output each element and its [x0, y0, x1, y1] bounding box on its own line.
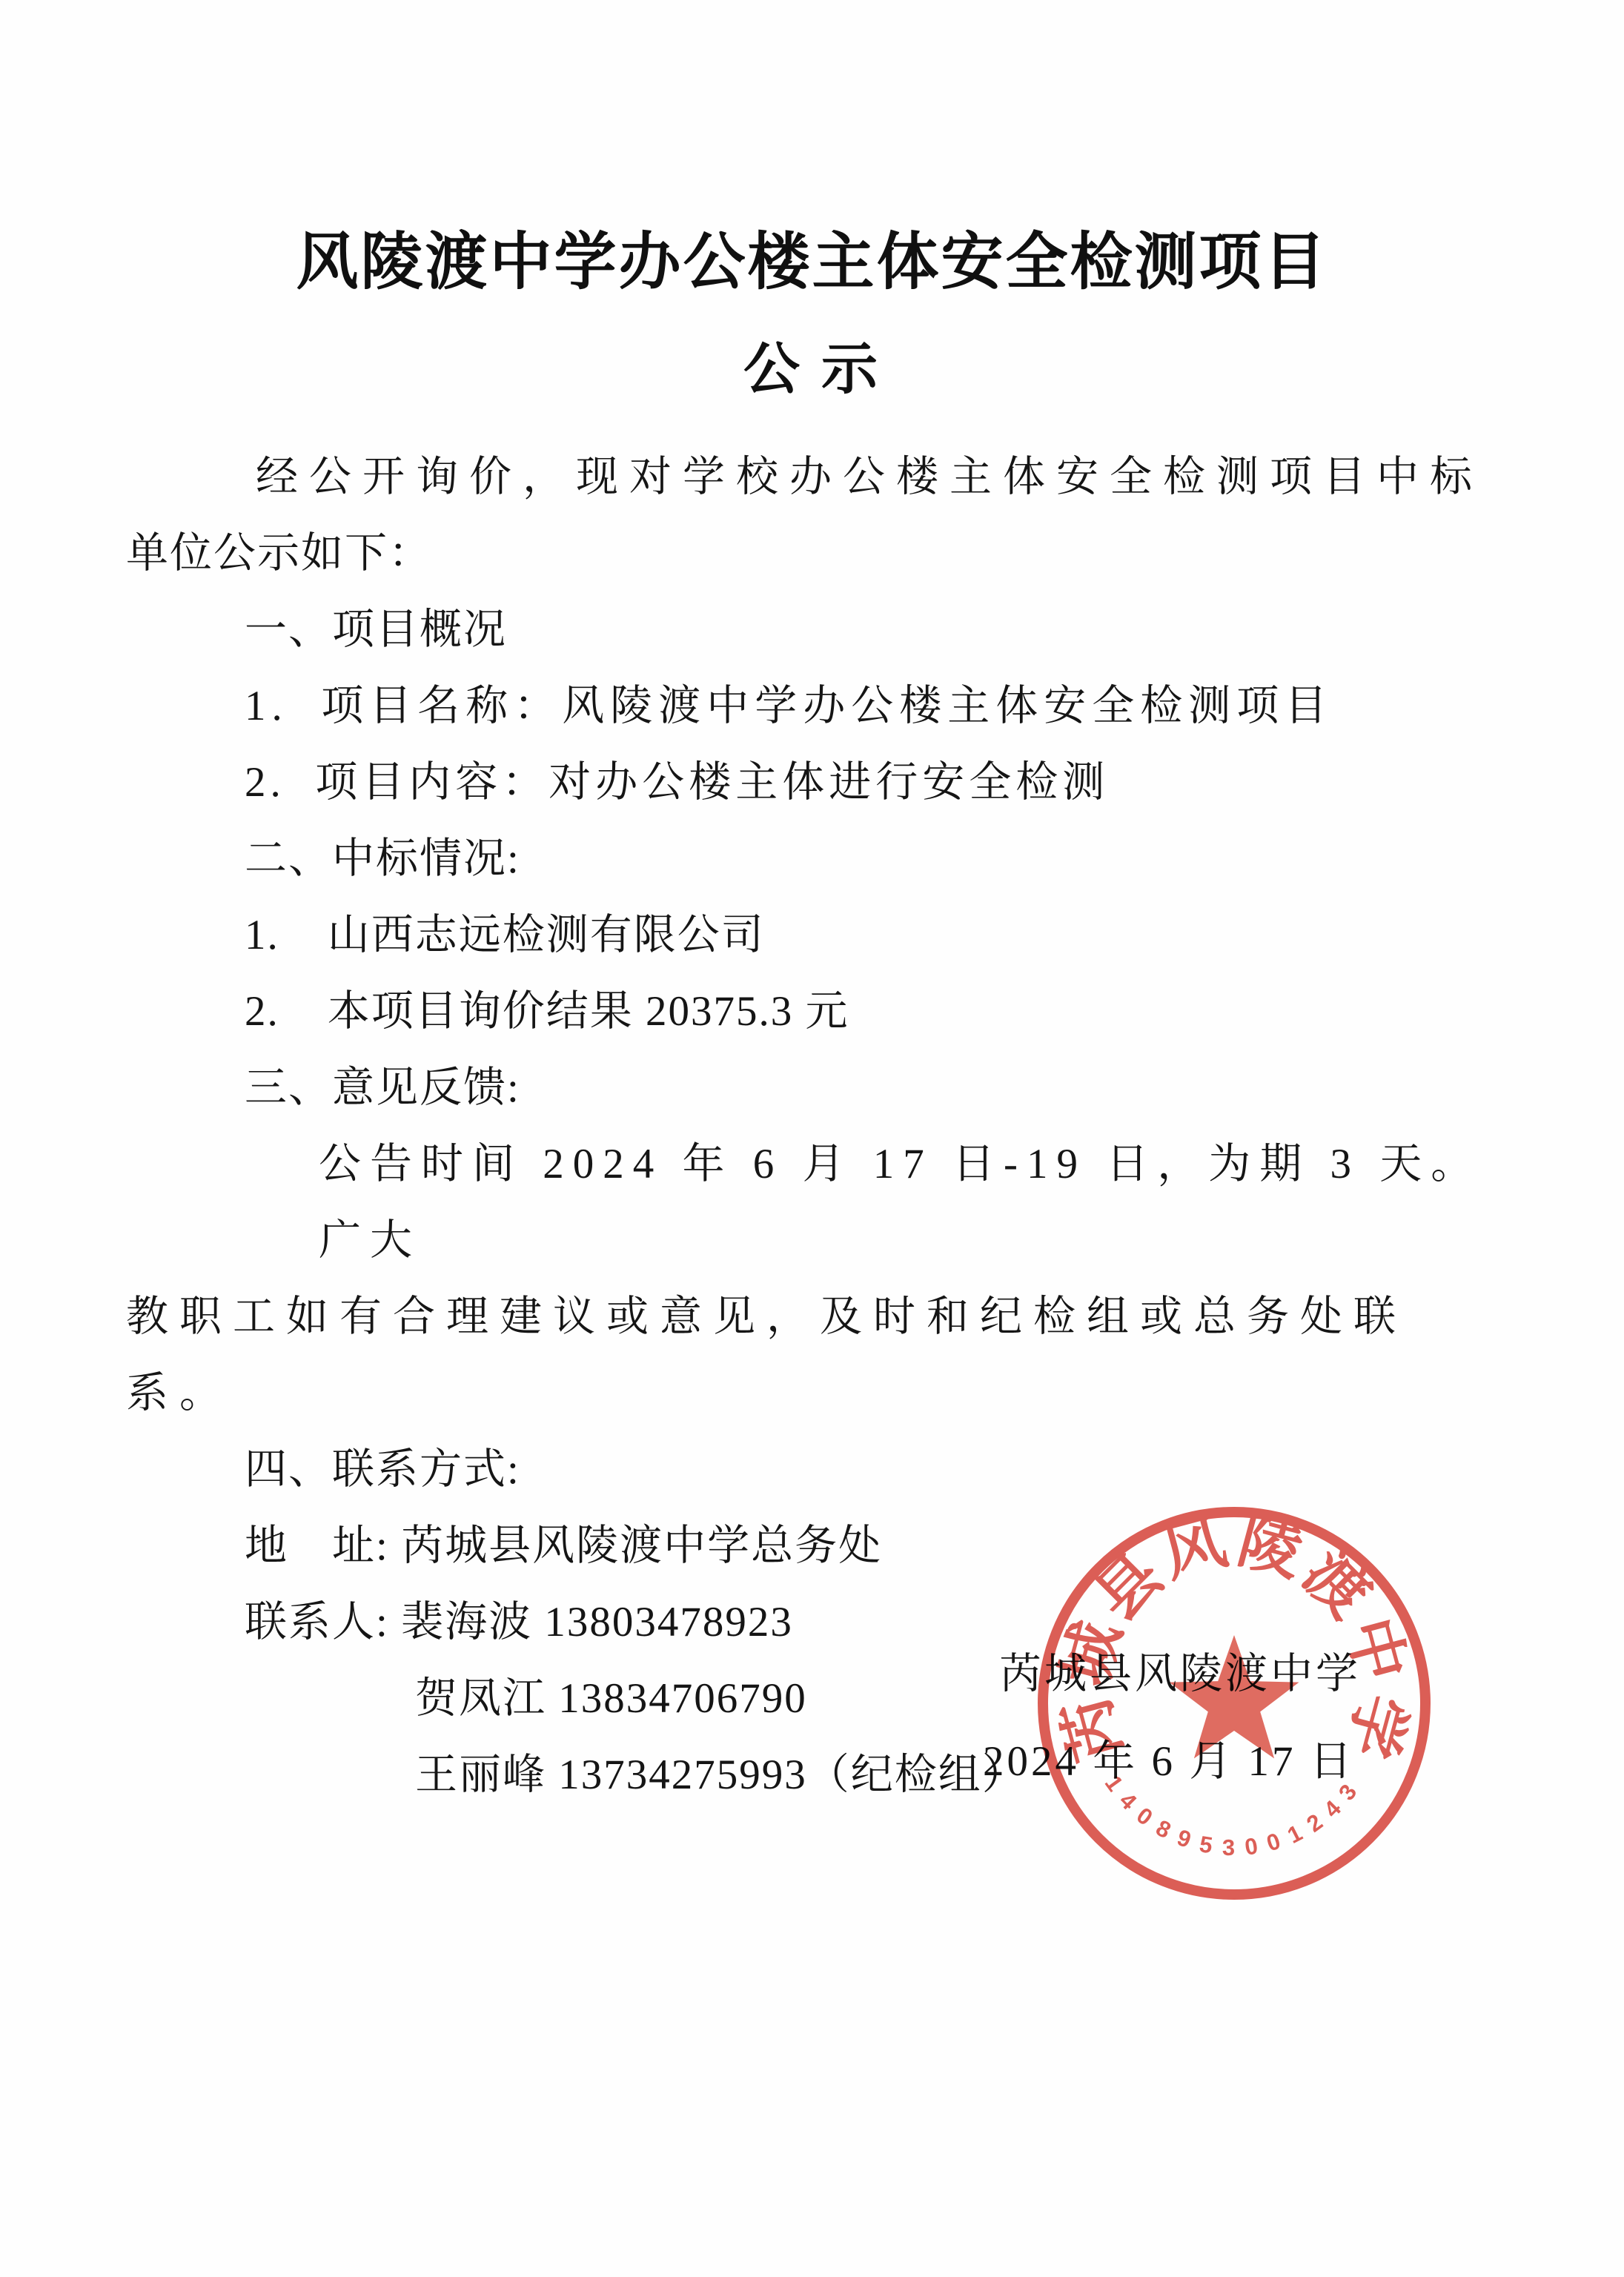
heading-section-1: 一、项目概况 [126, 591, 1497, 668]
para-intro-line1: 经公开询价，现对学校办公楼主体安全检测项目中标 [126, 439, 1497, 515]
document-page: 风陵渡中学办公楼主体安全检测项目 公 示 经公开询价，现对学校办公楼主体安全检测… [0, 0, 1624, 2277]
official-seal: 芮城县风陵渡中学 1408953001243 [1034, 1503, 1434, 1903]
seal-number: 1408953001243 [1100, 1771, 1368, 1860]
item-project-name: 1. 项目名称：风陵渡中学办公楼主体安全检测项目 [126, 668, 1497, 744]
seal-star [1170, 1635, 1299, 1758]
para-notice-line1: 公告时间 2024 年 6 月 17 日-19 日，为期 3 天。广大 [126, 1126, 1497, 1279]
item-inquiry-price: 2. 本项目询价结果 20375.3 元 [126, 973, 1497, 1050]
para-intro-line2: 单位公示如下： [126, 515, 1497, 591]
heading-section-3: 三、意见反馈: [126, 1050, 1497, 1126]
heading-section-4: 四、联系方式: [126, 1431, 1497, 1508]
heading-section-2: 二、中标情况: [126, 821, 1497, 897]
document-title: 风陵渡中学办公楼主体安全检测项目 [0, 0, 1624, 302]
para-notice-line2: 教职工如有合理建议或意见，及时和纪检组或总务处联系。 [126, 1279, 1497, 1431]
item-winner-company: 1. 山西志远检测有限公司 [126, 897, 1497, 973]
item-project-content: 2. 项目内容：对办公楼主体进行安全检测 [126, 744, 1497, 821]
document-subtitle: 公 示 [0, 324, 1624, 405]
